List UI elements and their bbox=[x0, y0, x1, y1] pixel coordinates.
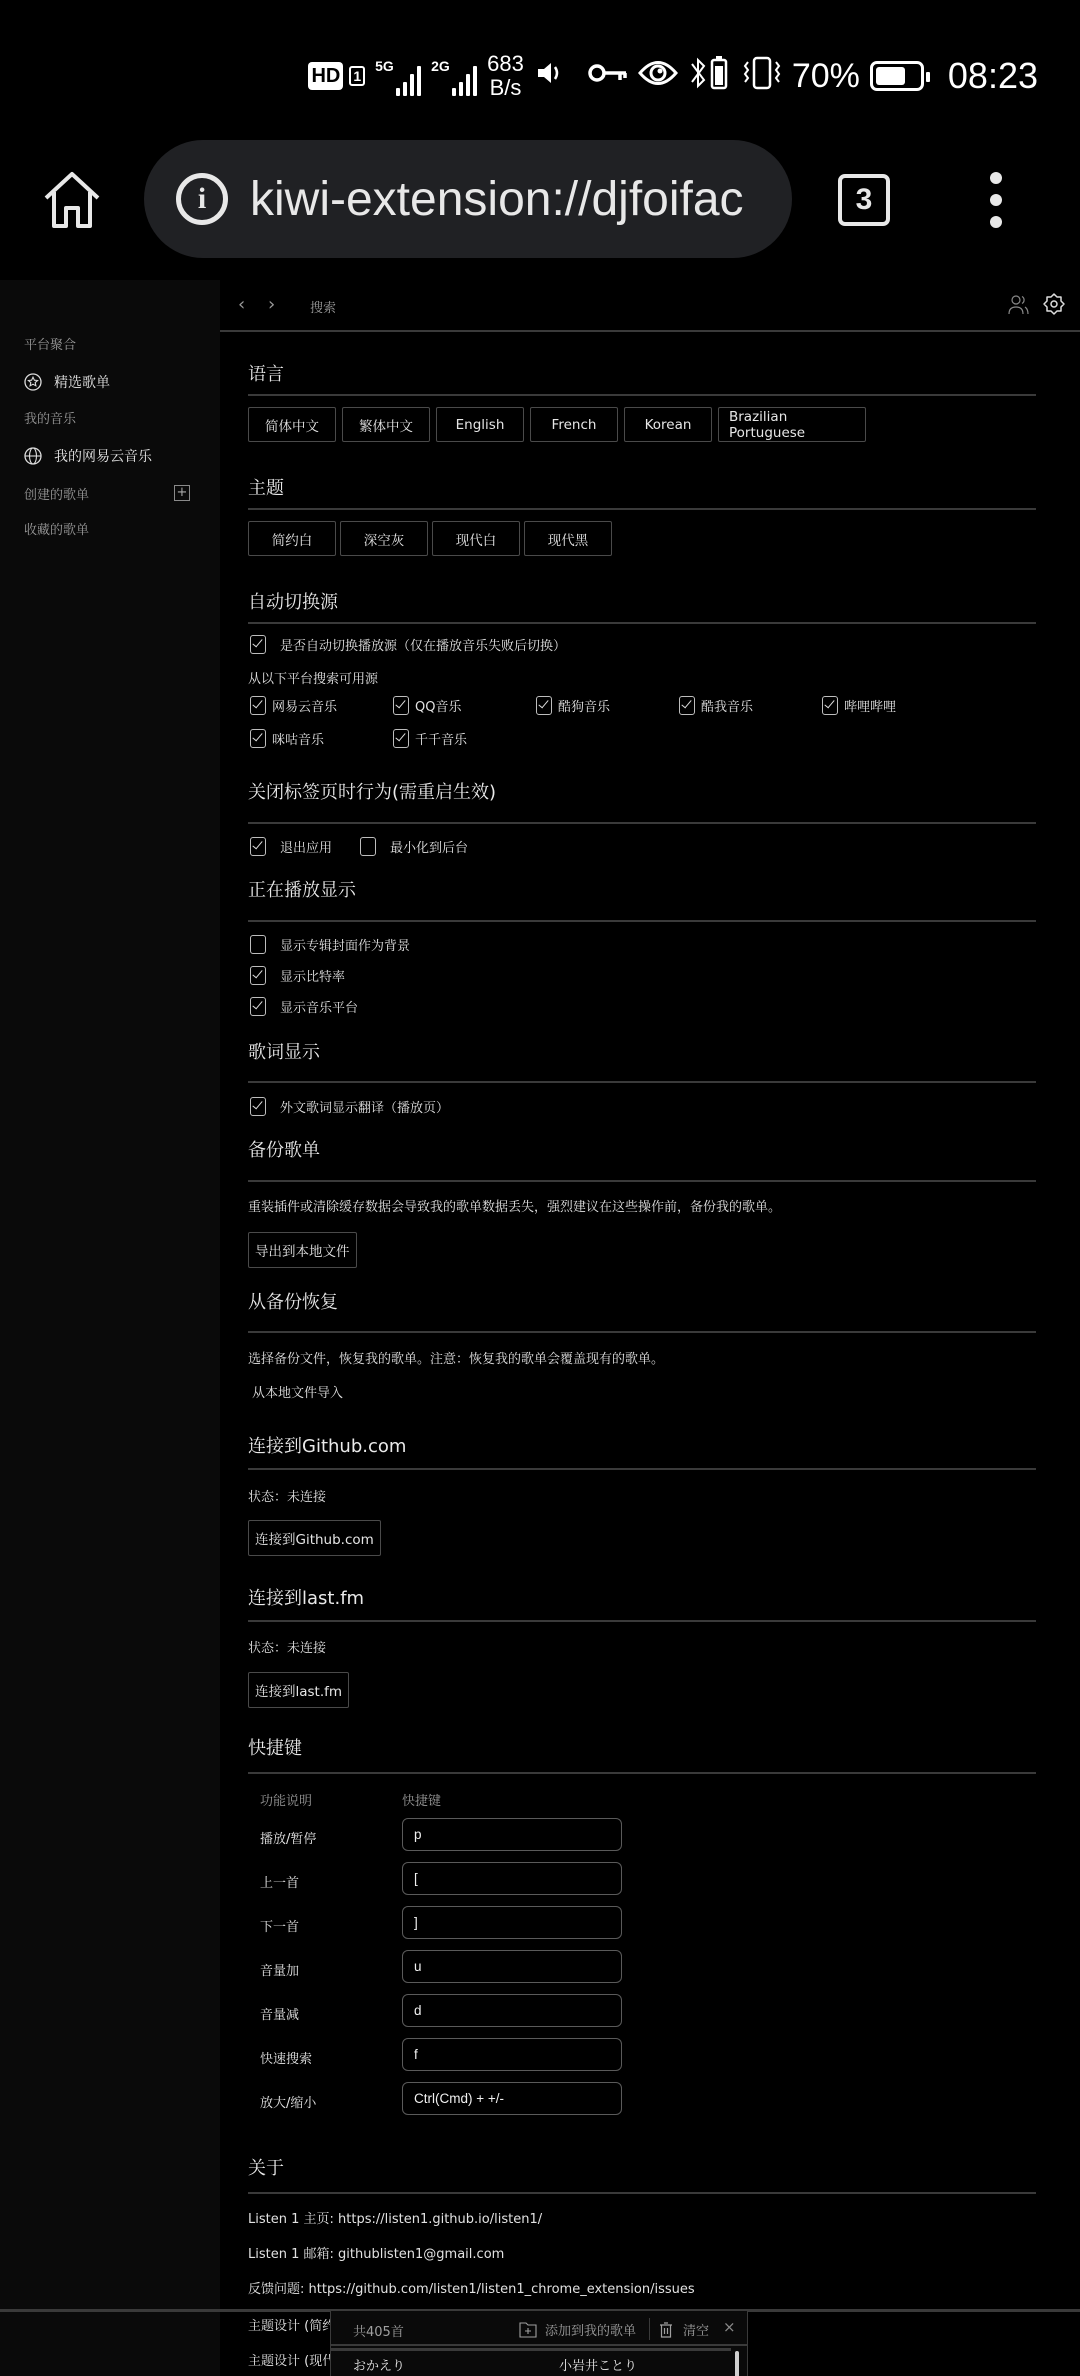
vpn-key-icon bbox=[588, 61, 628, 91]
shortcut-label-previous: 上一首 bbox=[260, 1872, 299, 1891]
checkbox-checked-icon bbox=[250, 997, 266, 1016]
restore-description: 选择备份文件，恢复我的歌单。注意：恢复我的歌单会覆盖现有的歌单。 bbox=[248, 1348, 664, 1367]
close-playlist-button[interactable]: × bbox=[723, 2318, 736, 2336]
separator bbox=[649, 2318, 650, 2340]
language-option-korean[interactable]: Korean bbox=[624, 407, 712, 442]
theme-option-modern-black[interactable]: 现代黑 bbox=[524, 521, 612, 556]
folder-add-icon bbox=[519, 2322, 537, 2338]
section-title-shortcuts: 快捷键 bbox=[248, 1734, 302, 1760]
eye-comfort-icon bbox=[638, 58, 678, 94]
section-title-about: 关于 bbox=[248, 2154, 284, 2180]
checkbox-checked-icon bbox=[250, 1097, 266, 1116]
source-checkbox-bilibili[interactable]: 哔哩哔哩 bbox=[822, 696, 896, 715]
shortcut-label-volume-up: 音量加 bbox=[260, 1960, 299, 1979]
trash-icon bbox=[659, 2322, 673, 2338]
battery-percent: 70% bbox=[792, 57, 860, 96]
sidebar-section-my-music: 我的音乐 bbox=[24, 408, 76, 427]
section-title-close-tab: 关闭标签页时行为(需重启生效) bbox=[248, 778, 496, 804]
vibrate-icon bbox=[742, 54, 782, 98]
source-checkbox-kuwo[interactable]: 酷我音乐 bbox=[679, 696, 753, 715]
auto-switch-checkbox[interactable]: 是否自动切换播放源（仅在播放音乐失败后切换） bbox=[250, 635, 566, 654]
search-input[interactable]: 搜索 bbox=[310, 297, 336, 316]
battery-icon bbox=[870, 61, 924, 91]
settings-button[interactable] bbox=[1042, 292, 1066, 320]
checkbox-checked-icon bbox=[250, 696, 266, 715]
source-checkbox-netease[interactable]: 网易云音乐 bbox=[250, 696, 337, 715]
sidebar-item-netease[interactable]: 我的网易云音乐 bbox=[24, 446, 152, 466]
show-cover-background-checkbox[interactable]: 显示专辑封面作为背景 bbox=[250, 935, 410, 954]
about-theme-design-simple: 主题设计 (简约 bbox=[248, 2315, 335, 2334]
checkbox-checked-icon bbox=[393, 729, 409, 748]
sim-slot-icon: 1 bbox=[349, 66, 365, 86]
clear-playlist-button[interactable]: 清空 bbox=[659, 2320, 709, 2339]
import-from-file-button[interactable]: 从本地文件导入 bbox=[252, 1382, 343, 1401]
section-title-lyrics: 歌词显示 bbox=[248, 1038, 320, 1064]
divider bbox=[248, 920, 1036, 922]
section-title-language: 语言 bbox=[248, 360, 284, 386]
url-text: kiwi-extension://djfoifac bbox=[250, 172, 744, 227]
settings-page: ‹ › 搜索 语言 简体中文 繁体中文 English French Korea… bbox=[220, 280, 1080, 2376]
signal-5g-icon: 5G bbox=[375, 56, 421, 96]
sidebar-section-platform: 平台聚合 bbox=[24, 334, 76, 353]
section-title-auto-switch: 自动切换源 bbox=[248, 588, 338, 614]
globe-icon bbox=[24, 447, 42, 465]
bluetooth-battery-icon bbox=[688, 54, 732, 98]
divider bbox=[248, 622, 1036, 624]
home-icon bbox=[40, 168, 104, 232]
clock: 08:23 bbox=[948, 55, 1038, 97]
shortcut-column-key: 快捷键 bbox=[402, 1790, 441, 1809]
github-status: 状态：未连接 bbox=[248, 1486, 326, 1505]
checkbox-checked-icon bbox=[679, 696, 695, 715]
volume-icon bbox=[534, 58, 564, 94]
playlist-scrollbar[interactable] bbox=[735, 2351, 739, 2376]
section-title-github: 连接到Github.com bbox=[248, 1432, 406, 1458]
close-tab-minimize-checkbox[interactable]: 最小化到后台 bbox=[360, 837, 468, 856]
shortcut-label-zoom: 放大/缩小 bbox=[260, 2092, 316, 2111]
backup-description: 重装插件或清除缓存数据会导致我的歌单数据丢失，强烈建议在这些操作前，备份我的歌单… bbox=[248, 1196, 781, 1215]
divider bbox=[248, 1468, 1036, 1470]
language-option-french[interactable]: French bbox=[530, 407, 618, 442]
signal-2g-icon: 2G bbox=[431, 56, 477, 96]
playlist-header: 共405首 添加到我的歌单 清空 × bbox=[331, 2311, 747, 2346]
checkbox-checked-icon bbox=[250, 635, 266, 654]
sidebar-item-featured-playlists[interactable]: 精选歌单 bbox=[24, 372, 110, 392]
shortcut-input-next[interactable] bbox=[402, 1906, 622, 1939]
theme-options: 简约白 深空灰 现代白 现代黑 bbox=[248, 521, 612, 556]
home-button[interactable] bbox=[40, 168, 104, 232]
language-option-zh-cn[interactable]: 简体中文 bbox=[248, 407, 336, 442]
shortcut-input-zoom[interactable] bbox=[402, 2082, 622, 2115]
network-speed: 683 B/s bbox=[487, 52, 524, 100]
source-checkbox-qq[interactable]: QQ音乐 bbox=[393, 696, 461, 715]
divider bbox=[248, 508, 1036, 510]
shortcut-input-volume-down[interactable] bbox=[402, 1994, 622, 2027]
checkbox-checked-icon bbox=[822, 696, 838, 715]
source-checkbox-qianqian[interactable]: 千千音乐 bbox=[393, 729, 467, 748]
checkbox-checked-icon bbox=[250, 966, 266, 985]
show-platform-checkbox[interactable]: 显示音乐平台 bbox=[250, 997, 358, 1016]
shortcut-input-previous[interactable] bbox=[402, 1862, 622, 1895]
language-options: 简体中文 繁体中文 English French Korean Brazilia… bbox=[248, 407, 866, 442]
sidebar-section-favorited-playlists: 收藏的歌单 bbox=[24, 519, 89, 538]
hd-voice-icon: HD bbox=[308, 62, 343, 90]
playlist-progress-bar bbox=[331, 2348, 731, 2351]
divider bbox=[248, 1772, 1036, 1774]
divider bbox=[248, 1331, 1036, 1333]
checkbox-unchecked-icon bbox=[250, 935, 266, 954]
back-button[interactable]: ‹ bbox=[238, 294, 245, 315]
site-info-icon[interactable]: i bbox=[176, 173, 228, 225]
connect-github-button[interactable]: 连接到Github.com bbox=[248, 1520, 381, 1556]
current-playlist-panel: 共405首 添加到我的歌单 清空 × おかえり 小岩井ことり bbox=[330, 2310, 748, 2376]
add-playlist-button[interactable]: + bbox=[174, 485, 190, 501]
browser-menu-button[interactable] bbox=[982, 172, 1010, 228]
shortcut-input-volume-up[interactable] bbox=[402, 1950, 622, 1983]
divider bbox=[248, 1081, 1036, 1083]
status-bar: HD 1 5G 2G 683 B/s 70% 08:23 bbox=[0, 0, 1080, 140]
sidebar-section-created-playlists: 创建的歌单 bbox=[24, 484, 89, 503]
section-title-now-playing: 正在播放显示 bbox=[248, 876, 356, 902]
connect-lastfm-button[interactable]: 连接到last.fm bbox=[248, 1672, 349, 1708]
shortcut-input-quick-search[interactable] bbox=[402, 2038, 622, 2071]
theme-option-modern-white[interactable]: 现代白 bbox=[432, 521, 520, 556]
divider bbox=[248, 822, 1036, 824]
player-bar-area bbox=[748, 2312, 1080, 2376]
source-checkbox-migu[interactable]: 咪咕音乐 bbox=[250, 729, 324, 748]
source-checkbox-kugou[interactable]: 酷狗音乐 bbox=[536, 696, 610, 715]
address-bar[interactable]: i kiwi-extension://djfoifac bbox=[144, 140, 792, 258]
divider bbox=[248, 1620, 1036, 1622]
sources-label: 从以下平台搜索可用源 bbox=[248, 668, 378, 687]
theme-option-space-gray[interactable]: 深空灰 bbox=[340, 521, 428, 556]
about-email[interactable]: Listen 1 邮箱: githublisten1@gmail.com bbox=[248, 2243, 504, 2262]
shortcut-label-play-pause: 播放/暂停 bbox=[260, 1828, 316, 1847]
tab-switcher-button[interactable]: 3 bbox=[838, 174, 890, 226]
forward-button[interactable]: › bbox=[268, 294, 275, 315]
language-option-portuguese[interactable]: Brazilian Portuguese bbox=[718, 407, 866, 442]
playlist-count: 共405首 bbox=[353, 2321, 404, 2340]
language-option-zh-tw[interactable]: 繁体中文 bbox=[342, 407, 430, 442]
shortcut-label-quick-search: 快速搜索 bbox=[260, 2048, 312, 2067]
playlist-item-title[interactable]: おかえり bbox=[353, 2355, 405, 2374]
close-tab-exit-checkbox[interactable]: 退出应用 bbox=[250, 837, 332, 856]
lastfm-status: 状态：未连接 bbox=[248, 1637, 326, 1656]
checkbox-checked-icon bbox=[393, 696, 409, 715]
section-title-theme: 主题 bbox=[248, 474, 284, 500]
browser-toolbar: i kiwi-extension://djfoifac 3 bbox=[0, 140, 1080, 280]
section-title-backup: 备份歌单 bbox=[248, 1136, 320, 1162]
divider bbox=[248, 394, 1036, 396]
about-homepage[interactable]: Listen 1 主页: https://listen1.github.io/l… bbox=[248, 2208, 542, 2227]
language-option-english[interactable]: English bbox=[436, 407, 524, 442]
about-theme-design-modern: 主题设计 (现代 bbox=[248, 2350, 335, 2369]
divider bbox=[248, 2192, 1036, 2194]
shortcut-input-play-pause[interactable] bbox=[402, 1818, 622, 1851]
add-to-my-playlist-button[interactable]: 添加到我的歌单 bbox=[519, 2320, 636, 2339]
show-bitrate-checkbox[interactable]: 显示比特率 bbox=[250, 966, 345, 985]
section-title-lastfm: 连接到last.fm bbox=[248, 1584, 364, 1610]
more-vert-icon bbox=[990, 172, 1002, 184]
about-feedback[interactable]: 反馈问题: https://github.com/listen1/listen1… bbox=[248, 2278, 695, 2297]
user-button[interactable] bbox=[1008, 294, 1030, 320]
checkbox-checked-icon bbox=[536, 696, 552, 715]
sidebar: 平台聚合 精选歌单 我的音乐 我的网易云音乐 创建的歌单 + 收藏的歌单 bbox=[0, 280, 220, 2376]
gear-icon bbox=[1042, 292, 1066, 316]
shortcut-label-next: 下一首 bbox=[260, 1916, 299, 1935]
star-circle-icon bbox=[24, 373, 42, 391]
shortcut-column-function: 功能说明 bbox=[260, 1790, 312, 1809]
checkbox-checked-icon bbox=[250, 837, 266, 856]
section-title-restore: 从备份恢复 bbox=[248, 1288, 338, 1314]
checkbox-checked-icon bbox=[250, 729, 266, 748]
divider bbox=[248, 1180, 1036, 1182]
shortcut-label-volume-down: 音量减 bbox=[260, 2004, 299, 2023]
export-to-file-button[interactable]: 导出到本地文件 bbox=[248, 1232, 357, 1268]
top-nav: ‹ › 搜索 bbox=[220, 280, 1080, 332]
checkbox-unchecked-icon bbox=[360, 837, 376, 856]
user-icon bbox=[1008, 294, 1030, 316]
theme-option-simple-white[interactable]: 简约白 bbox=[248, 521, 336, 556]
playlist-item-artist[interactable]: 小岩井ことり bbox=[559, 2355, 637, 2374]
lyrics-translation-checkbox[interactable]: 外文歌词显示翻译（播放页） bbox=[250, 1097, 449, 1116]
